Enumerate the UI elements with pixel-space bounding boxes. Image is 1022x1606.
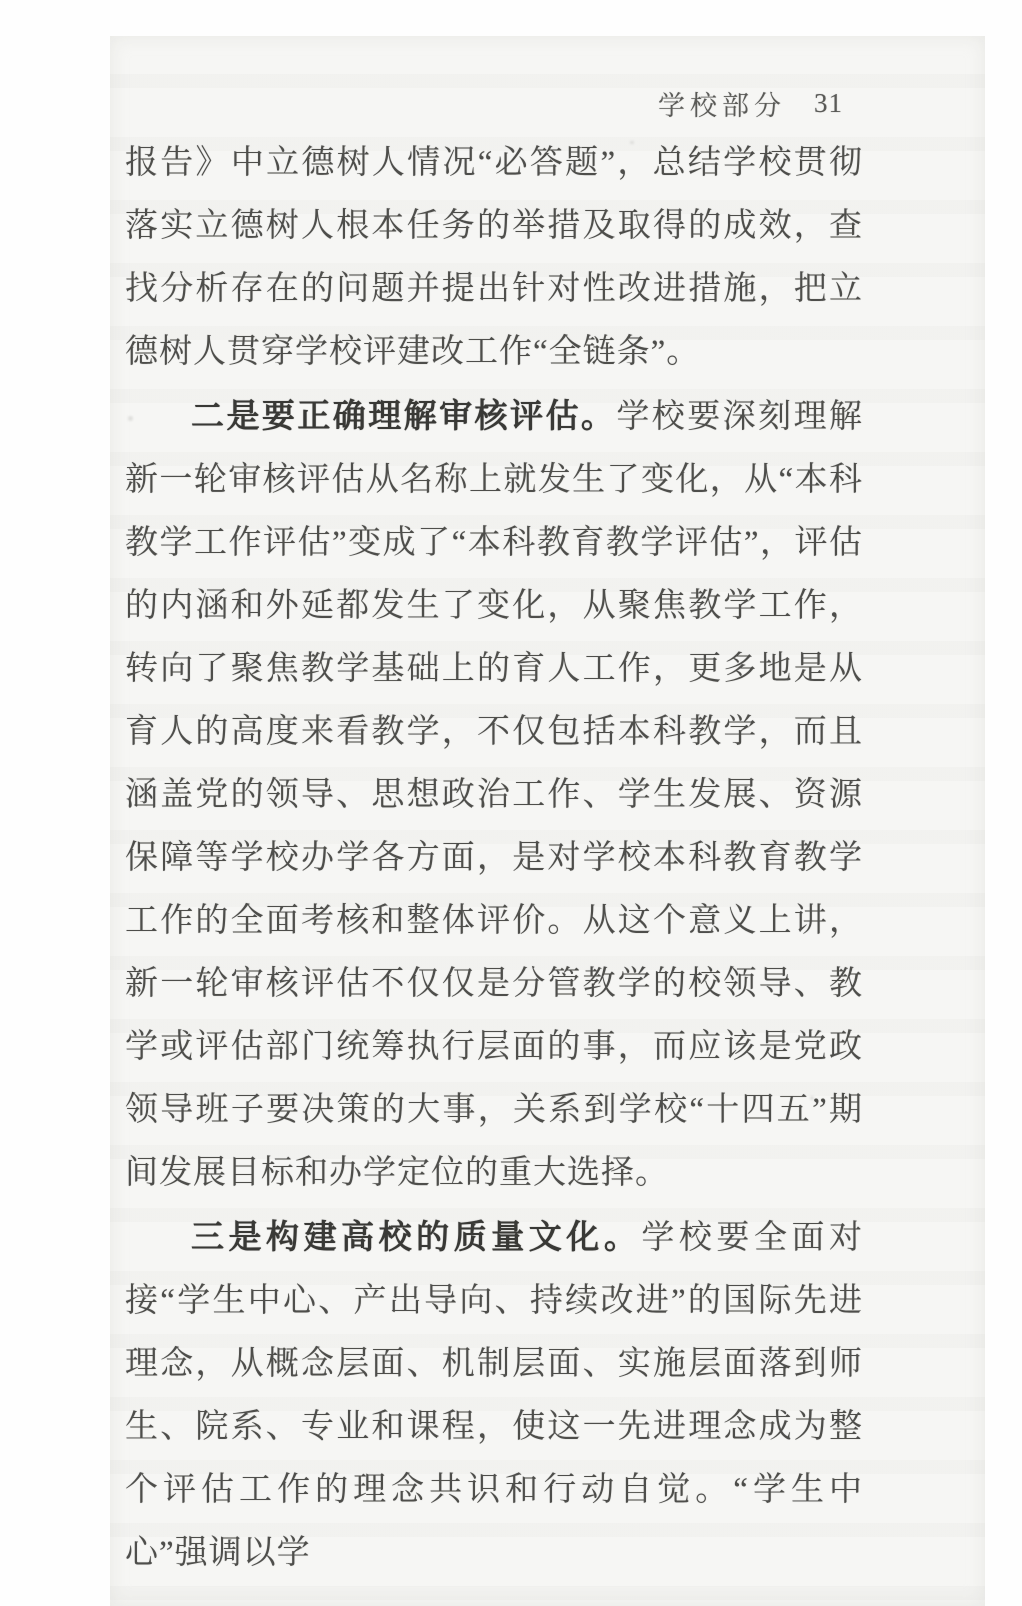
emphasis-run: 三是构建高校的质量文化。 (191, 1218, 641, 1255)
paragraph: 报告》中立德树人情况“必答题”，总结学校贯彻落实立德树人根本任务的举措及取得的成… (125, 132, 863, 384)
emphasis-run: 二是要正确理解审核评估。 (191, 397, 616, 434)
section-label: 学校部分 (658, 84, 786, 123)
paragraph: 二是要正确理解审核评估。学校要深刻理解新一轮审核评估从名称上就发生了变化，从“本… (125, 384, 863, 1205)
text-run: 学校要全面对接“学生中心、产出导向、持续改进”的国际先进理念，从概念层面、机制层… (125, 1220, 863, 1571)
paragraph: 三是构建高校的质量文化。学校要全面对接“学生中心、产出导向、持续改进”的国际先进… (125, 1205, 863, 1585)
scanned-book-page-view: 学校部分 31 报告》中立德树人情况“必答题”，总结学校贯彻落实立德树人根本任务… (0, 0, 1022, 1606)
page-body: 报告》中立德树人情况“必答题”，总结学校贯彻落实立德树人根本任务的举措及取得的成… (125, 132, 863, 1585)
text-run: 报告》中立德树人情况“必答题”，总结学校贯彻落实立德树人根本任务的举措及取得的成… (125, 145, 863, 370)
book-page: 学校部分 31 报告》中立德树人情况“必答题”，总结学校贯彻落实立德树人根本任务… (110, 36, 985, 1606)
page-header: 学校部分 31 (110, 86, 985, 120)
text-run: 学校要深刻理解新一轮审核评估从名称上就发生了变化，从“本科教学工作评估”变成了“… (125, 399, 863, 1191)
page-number: 31 (814, 88, 843, 119)
